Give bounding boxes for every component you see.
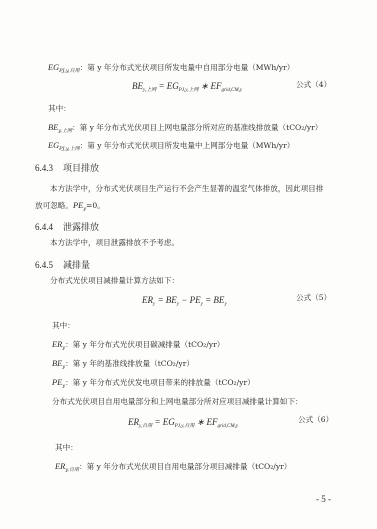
subscript: y,自用 bbox=[65, 467, 79, 473]
equation-6-label: 公式（6） bbox=[298, 415, 333, 425]
eq-sub: grid,CM,y bbox=[218, 424, 239, 429]
definition-eg-self: EGPJ,y,自用：第 y 年分布式光伏项目所发电量中自用部分电量（MWh/yr… bbox=[48, 63, 294, 76]
symbol: BE bbox=[48, 123, 58, 132]
section-number: 6.4.3 bbox=[35, 163, 53, 173]
definition-pe: PEy：第 y 年分布式光伏发电项目带来的排放量（tCO₂/yr） bbox=[52, 378, 255, 391]
separator: ： bbox=[65, 340, 73, 349]
eq-sub: PJ,y,自用 bbox=[175, 424, 195, 429]
definition-text: 第 y 年分布式光伏项目所发电量中自用部分电量（MWh/yr） bbox=[87, 63, 294, 72]
equation-4-label: 公式（4） bbox=[296, 80, 331, 90]
definition-text: 第 y 年的基准线排放量（tCO₂/yr） bbox=[73, 359, 194, 368]
symbol: ER bbox=[55, 462, 65, 471]
symbol: PE bbox=[52, 378, 62, 387]
eq-sub: grid,CM,y bbox=[222, 88, 243, 93]
section-number: 6.4.5 bbox=[35, 260, 53, 270]
paragraph-6-4-4: 本方法学中，项目泄露排放不予考虑。 bbox=[50, 238, 179, 248]
subscript: PJ,y,自用 bbox=[59, 68, 79, 74]
definition-be-grid: BEy,上网：第 y 年分布式光伏项目上网电量部分所对应的基准线排放量（tCO₂… bbox=[48, 123, 322, 136]
text: =0。 bbox=[86, 201, 105, 210]
eq-term: ER bbox=[142, 295, 153, 305]
eq-term: ∗ EF bbox=[199, 81, 222, 91]
symbol: PE bbox=[73, 201, 83, 210]
separator: ： bbox=[72, 123, 80, 132]
definition-text: 第 y 年分布式光伏项目碳减排量（tCO₂/yr） bbox=[73, 340, 225, 349]
paragraph-6-4-3-line-1: 本方法学中，分布式光伏项目生产运行不会产生显著的温室气体排放，因此项目排 bbox=[50, 184, 323, 194]
eq-term: = BE bbox=[203, 295, 225, 305]
section-title: 项目排放 bbox=[63, 164, 99, 174]
separator: ： bbox=[65, 359, 73, 368]
definition-er-self: ERy,自用：第 y 年分布式光伏项目自用电量部分项目减排量（tCO₂/yr） bbox=[55, 462, 291, 475]
eq-term: ∗ EF bbox=[195, 417, 218, 427]
where-label: 其中： bbox=[48, 104, 71, 114]
eq-sub: y,自用 bbox=[139, 424, 152, 429]
paragraph-6-4-3-line-2: 放可忽略。PEy=0。 bbox=[35, 201, 105, 214]
section-heading-6-4-5: 6.4.5减排量 bbox=[35, 260, 90, 271]
separator: ： bbox=[79, 462, 87, 471]
subscript: PJ,y,上网 bbox=[59, 146, 79, 152]
separator: ： bbox=[65, 378, 73, 387]
eq-term: = EG bbox=[152, 417, 175, 427]
definition-text: 第 y 年分布式光伏项目所发电量中上网部分电量（MWh/yr） bbox=[87, 141, 294, 150]
equation-4: BEy,上网 = EGPJ,y,上网 ∗ EFgrid,CM,y bbox=[132, 81, 242, 96]
section-title: 泄露排放 bbox=[63, 223, 99, 233]
eq-sub: PJ,y,上网 bbox=[179, 88, 199, 93]
symbol: EG bbox=[48, 63, 59, 72]
text: 放可忽略。 bbox=[35, 201, 73, 210]
paragraph-6-4-5: 分布式光伏项目减排量计算方法如下： bbox=[50, 276, 179, 286]
eq-sub: y,上网 bbox=[143, 88, 156, 93]
paragraph-self-use: 分布式光伏项目自用电量部分和上网电量部分所对应项目减排量计算如下： bbox=[52, 397, 303, 407]
definition-er: ERy：第 y 年分布式光伏项目碳减排量（tCO₂/yr） bbox=[52, 340, 224, 353]
definition-text: 第 y 年分布式光伏发电项目带来的排放量（tCO₂/yr） bbox=[73, 378, 255, 387]
definition-text: 第 y 年分布式光伏项目自用电量部分项目减排量（tCO₂/yr） bbox=[87, 462, 292, 471]
equation-5-label: 公式（5） bbox=[296, 293, 331, 303]
eq-term: = EG bbox=[156, 81, 179, 91]
definition-eg-grid: EGPJ,y,上网：第 y 年分布式光伏项目所发电量中上网部分电量（MWh/yr… bbox=[48, 141, 294, 154]
equation-5: ERy = BEy − PEy = BEy bbox=[142, 295, 227, 310]
section-title: 减排量 bbox=[63, 261, 90, 271]
page-number: - 5 - bbox=[316, 494, 331, 504]
symbol: EG bbox=[48, 141, 59, 150]
eq-term: = BE bbox=[155, 295, 177, 305]
eq-term: ER bbox=[128, 417, 139, 427]
section-number: 6.4.4 bbox=[35, 222, 53, 232]
section-heading-6-4-4: 6.4.4泄露排放 bbox=[35, 222, 99, 233]
symbol: ER bbox=[52, 340, 62, 349]
symbol: BE bbox=[52, 359, 62, 368]
subscript: y,上网 bbox=[58, 128, 72, 134]
where-label: 其中： bbox=[55, 443, 78, 453]
definition-text: 第 y 年分布式光伏项目上网电量部分所对应的基准线排放量（tCO₂/yr） bbox=[80, 123, 323, 132]
where-label: 其中： bbox=[52, 321, 75, 331]
eq-sub: y bbox=[224, 302, 226, 307]
equation-6: ERy,自用 = EGPJ,y,自用 ∗ EFgrid,CM,y bbox=[128, 417, 238, 432]
eq-term: BE bbox=[132, 81, 143, 91]
eq-term: − PE bbox=[179, 295, 201, 305]
definition-be: BEy：第 y 年的基准线排放量（tCO₂/yr） bbox=[52, 359, 194, 372]
section-heading-6-4-3: 6.4.3项目排放 bbox=[35, 163, 99, 174]
